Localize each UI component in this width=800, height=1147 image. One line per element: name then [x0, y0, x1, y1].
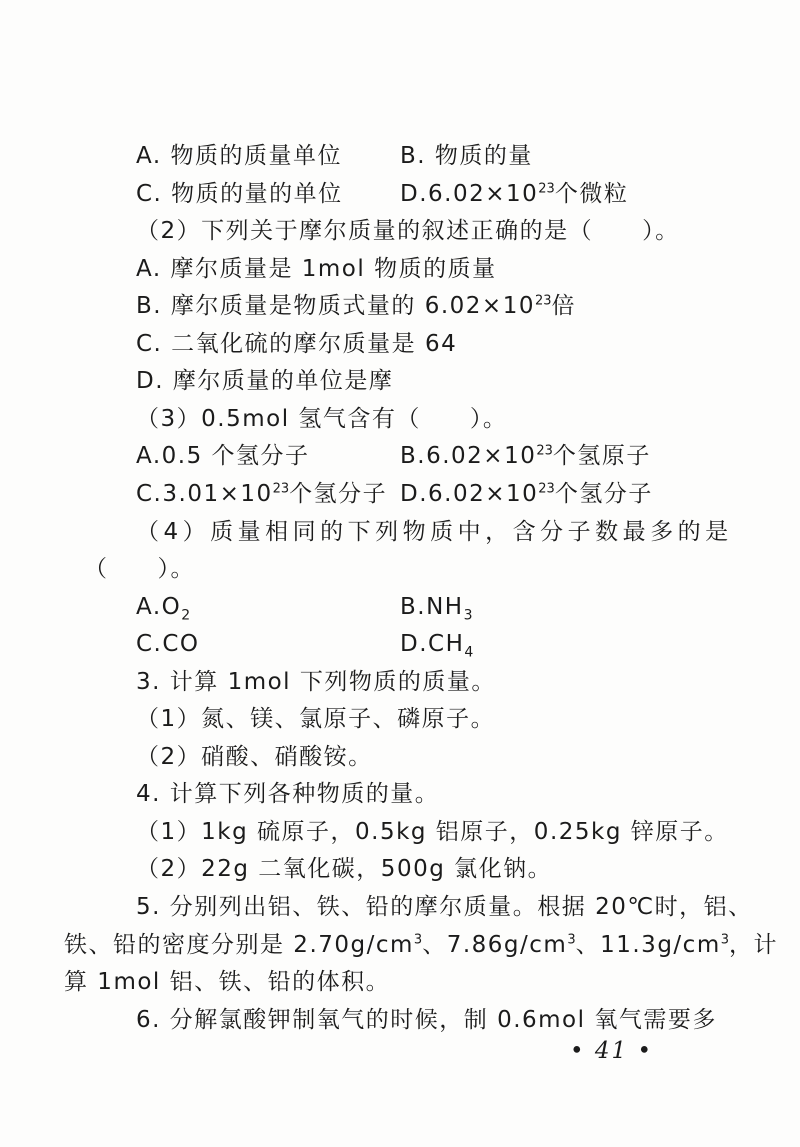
text-segment: （1）1kg 硫原子，0.5kg 铝原子，0.25kg 锌原子。 [136, 817, 729, 847]
run-text: A.0.5 个氢分子 [136, 443, 310, 469]
run-text: 个氢原子 [553, 443, 651, 469]
text-segment: D.6.02×1023个氢分子 [400, 479, 653, 509]
run-text: （2）硝酸、硝酸铵。 [136, 744, 373, 770]
text-segment: B. 物质的量 [400, 141, 533, 171]
run-text: 倍 [552, 293, 577, 319]
run-text: 、7.86g/cm [422, 932, 567, 958]
run-text: C. 二氧化硫的摩尔质量是 64 [136, 331, 457, 357]
run-text: B. 摩尔质量是物质式量的 6.02×10 [136, 293, 535, 319]
text-line: （4）质量相同的下列物质中，含分子数最多的是 [0, 517, 800, 549]
text-segment: C.CO [136, 629, 200, 659]
text-line: 6. 分解氯酸钾制氧气的时候，制 0.6mol 氧气需要多 [0, 1005, 800, 1037]
run-text: C. 物质的量的单位 [136, 181, 343, 207]
sub-text: 4 [464, 645, 473, 661]
text-segment: B.6.02×1023个氢原子 [400, 441, 651, 471]
text-line: B. 摩尔质量是物质式量的 6.02×1023倍 [0, 291, 800, 323]
text-line: C. 二氧化硫的摩尔质量是 64 [0, 329, 800, 361]
text-segment: A. 物质的质量单位 [136, 141, 342, 171]
text-line: C.COD.CH4 [0, 629, 800, 661]
run-text: D. 摩尔质量的单位是摩 [136, 368, 393, 394]
text-line: 5. 分别列出铝、铁、铅的摩尔质量。根据 20℃时，铝、 [0, 892, 800, 924]
run-text: 算 1mol 铝、铁、铅的体积。 [64, 969, 390, 995]
run-text: A. 物质的质量单位 [136, 143, 342, 169]
text-segment: D.CH4 [400, 629, 473, 659]
run-text: （1）1kg 硫原子，0.5kg 铝原子，0.25kg 锌原子。 [136, 819, 729, 845]
sup-text: 3 [567, 932, 575, 947]
run-text: B.NH [400, 594, 464, 620]
sup-text: 3 [414, 932, 422, 947]
run-text: （2）22g 二氧化碳，500g 氯化钠。 [136, 856, 552, 882]
text-segment: A. 摩尔质量是 1mol 物质的质量 [136, 254, 497, 284]
run-text: 3. 计算 1mol 下列物质的质量。 [136, 669, 496, 695]
sup-text: 23 [538, 481, 555, 496]
text-segment: （1）氮、镁、氯原子、磷原子。 [136, 704, 495, 734]
text-line: （2）下列关于摩尔质量的叙述正确的是（ ）。 [0, 216, 800, 248]
scanned-textbook-page: A. 物质的质量单位B. 物质的量C. 物质的量的单位D.6.02×1023个微… [0, 0, 800, 1147]
text-line: 3. 计算 1mol 下列物质的质量。 [0, 667, 800, 699]
text-line: （1）1kg 硫原子，0.5kg 铝原子，0.25kg 锌原子。 [0, 817, 800, 849]
text-segment: （2）22g 二氧化碳，500g 氯化钠。 [136, 854, 552, 884]
text-segment: B. 摩尔质量是物质式量的 6.02×1023倍 [136, 291, 576, 321]
text-segment: （2）硝酸、硝酸铵。 [136, 742, 373, 772]
text-line: A. 物质的质量单位B. 物质的量 [0, 141, 800, 173]
sup-text: 3 [721, 932, 729, 947]
text-segment: 4. 计算下列各种物质的量。 [136, 779, 439, 809]
text-segment: 5. 分别列出铝、铁、铅的摩尔质量。根据 20℃时，铝、 [136, 892, 753, 922]
sup-text: 23 [535, 294, 552, 309]
text-segment: （3）0.5mol 氢气含有（ ）。 [136, 404, 507, 434]
text-segment: C. 物质的量的单位 [136, 179, 343, 209]
sup-text: 23 [273, 481, 290, 496]
text-line: A.O2B.NH3 [0, 592, 800, 624]
run-text: 个氢分子 [555, 481, 653, 507]
run-text: B. 物质的量 [400, 143, 533, 169]
sup-text: 23 [536, 444, 553, 459]
text-line: （2）硝酸、硝酸铵。 [0, 742, 800, 774]
run-text: 、11.3g/cm [576, 932, 721, 958]
text-segment: D.6.02×1023个微粒 [400, 179, 628, 209]
run-text: D.6.02×10 [400, 181, 538, 207]
run-text: C.CO [136, 631, 200, 657]
text-line: A.0.5 个氢分子B.6.02×1023个氢原子 [0, 441, 800, 473]
text-line: 4. 计算下列各种物质的量。 [0, 779, 800, 811]
text-segment: 算 1mol 铝、铁、铅的体积。 [64, 967, 390, 997]
text-segment: B.NH3 [400, 592, 473, 622]
run-text: A.O [136, 594, 181, 620]
run-text: B.6.02×10 [400, 443, 536, 469]
page-number: • 41 • [570, 1038, 653, 1064]
run-text: 6. 分解氯酸钾制氧气的时候，制 0.6mol 氧气需要多 [136, 1007, 717, 1033]
run-text: ，计 [729, 932, 778, 958]
run-text: （2）下列关于摩尔质量的叙述正确的是（ ）。 [136, 218, 680, 244]
sub-text: 2 [181, 607, 190, 623]
text-segment: A.O2 [136, 592, 190, 622]
run-text: D.CH [400, 631, 464, 657]
run-text: C.3.01×10 [136, 481, 273, 507]
text-line: （1）氮、镁、氯原子、磷原子。 [0, 704, 800, 736]
text-segment: （2）下列关于摩尔质量的叙述正确的是（ ）。 [136, 216, 680, 246]
text-line: C. 物质的量的单位D.6.02×1023个微粒 [0, 179, 800, 211]
text-segment: C.3.01×1023个氢分子 [136, 479, 387, 509]
run-text: 个氢分子 [289, 481, 387, 507]
run-text: 铁、铅的密度分别是 2.70g/cm [64, 932, 414, 958]
text-segment: （ ）。 [84, 554, 195, 584]
run-text: （4）质量相同的下列物质中，含分子数最多的是 [136, 519, 733, 545]
text-line: 铁、铅的密度分别是 2.70g/cm3、7.86g/cm3、11.3g/cm3，… [0, 930, 800, 962]
run-text: D.6.02×10 [400, 481, 538, 507]
text-line: （2）22g 二氧化碳，500g 氯化钠。 [0, 854, 800, 886]
run-text: 个微粒 [555, 181, 629, 207]
text-line: D. 摩尔质量的单位是摩 [0, 366, 800, 398]
run-text: A. 摩尔质量是 1mol 物质的质量 [136, 256, 497, 282]
text-segment: （4）质量相同的下列物质中，含分子数最多的是 [136, 517, 733, 547]
sub-text: 3 [464, 607, 473, 623]
text-segment: 铁、铅的密度分别是 2.70g/cm3、7.86g/cm3、11.3g/cm3，… [64, 930, 778, 960]
run-text: （ ）。 [84, 556, 195, 582]
text-line: （ ）。 [0, 554, 800, 586]
run-text: （3）0.5mol 氢气含有（ ）。 [136, 406, 507, 432]
text-line: （3）0.5mol 氢气含有（ ）。 [0, 404, 800, 436]
run-text: （1）氮、镁、氯原子、磷原子。 [136, 706, 495, 732]
text-line: A. 摩尔质量是 1mol 物质的质量 [0, 254, 800, 286]
run-text: 4. 计算下列各种物质的量。 [136, 781, 439, 807]
text-segment: D. 摩尔质量的单位是摩 [136, 366, 393, 396]
text-line: 算 1mol 铝、铁、铅的体积。 [0, 967, 800, 999]
text-segment: C. 二氧化硫的摩尔质量是 64 [136, 329, 457, 359]
text-segment: 3. 计算 1mol 下列物质的质量。 [136, 667, 496, 697]
text-line: C.3.01×1023个氢分子D.6.02×1023个氢分子 [0, 479, 800, 511]
text-segment: 6. 分解氯酸钾制氧气的时候，制 0.6mol 氧气需要多 [136, 1005, 717, 1035]
run-text: 5. 分别列出铝、铁、铅的摩尔质量。根据 20℃时，铝、 [136, 894, 753, 920]
sup-text: 23 [538, 181, 555, 196]
text-segment: A.0.5 个氢分子 [136, 441, 310, 471]
